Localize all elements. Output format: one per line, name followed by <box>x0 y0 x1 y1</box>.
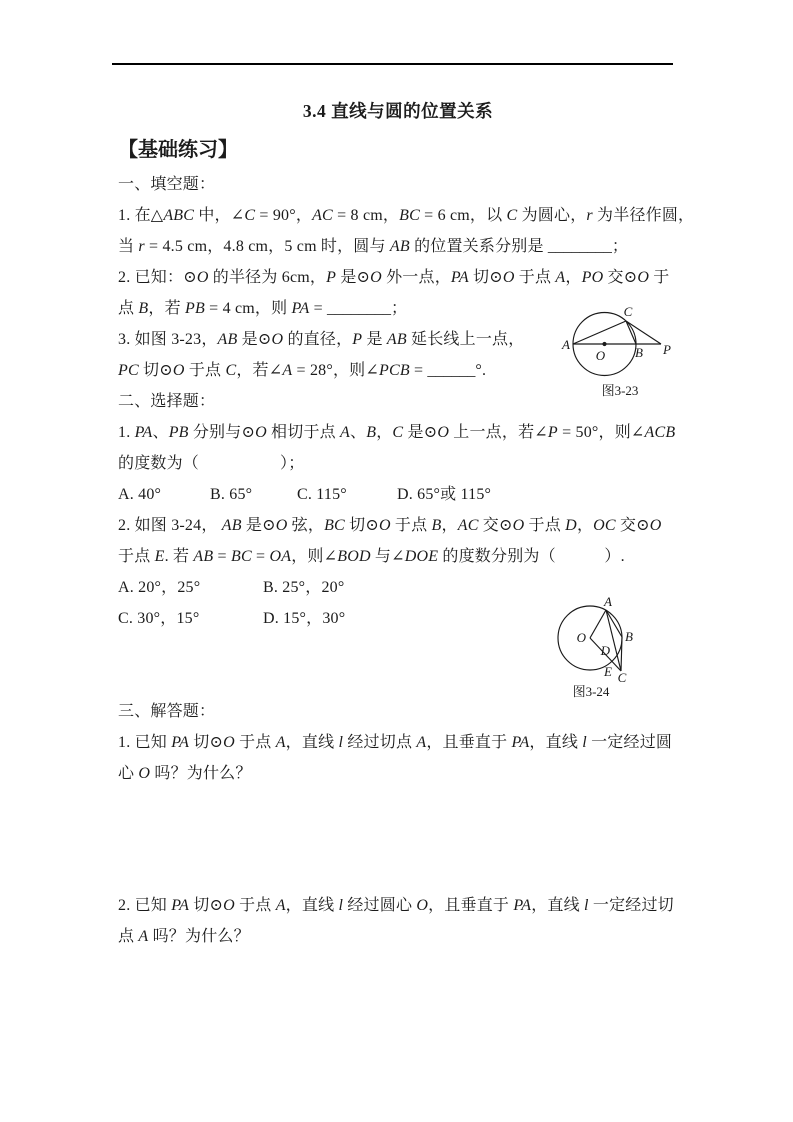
text-run: 于点 <box>185 362 226 379</box>
text-run: 是⊙ <box>237 331 271 348</box>
text-run: 与∠ <box>371 548 405 565</box>
point-label-a: A <box>561 337 570 352</box>
math-variable: AB <box>390 238 410 255</box>
text-run: = 90°， <box>255 207 312 224</box>
text-run: 点 <box>118 300 138 317</box>
blank-underline: ________ <box>548 238 612 255</box>
math-variable: OC <box>593 517 616 534</box>
math-variable: PB <box>169 424 189 441</box>
text-run: ， <box>565 269 581 286</box>
text-run: ； <box>391 300 407 317</box>
text-run: ，直线 <box>529 734 582 751</box>
text-run: = 28°，则∠ <box>292 362 379 379</box>
math-variable: O <box>370 269 382 286</box>
math-variable: O <box>223 897 235 914</box>
math-variable: PCB <box>379 362 410 379</box>
text-run: 的直径， <box>283 331 352 348</box>
math-variable: O <box>637 269 649 286</box>
math-variable: PA <box>513 897 531 914</box>
math-variable: O <box>255 424 267 441</box>
math-variable: O <box>138 765 150 782</box>
math-variable: B <box>138 300 148 317</box>
text-run: 1. <box>118 424 135 441</box>
math-variable: C <box>392 424 403 441</box>
text-run: 延长线上一点， <box>407 331 525 348</box>
math-variable: DOE <box>405 548 438 565</box>
segment-ac <box>606 610 621 671</box>
math-variable: AB <box>193 548 213 565</box>
option-a: A. 20°，25° <box>118 572 263 603</box>
math-variable: O <box>416 897 428 914</box>
text-run: 相切于点 <box>267 424 340 441</box>
text-run: = <box>213 548 231 565</box>
math-variable: OA <box>269 548 291 565</box>
figure-caption: 图3-23 <box>602 383 639 398</box>
text-run: = 8 cm， <box>333 207 399 224</box>
text-run: 2. 已知 <box>118 897 171 914</box>
math-variable: PA <box>135 424 153 441</box>
math-variable: O <box>223 734 235 751</box>
text-run: ，直线 <box>286 897 339 914</box>
text-run: 、 <box>350 424 366 441</box>
blank-underline: ________ <box>327 300 391 317</box>
math-variable: O <box>272 331 284 348</box>
text-run: ，直线 <box>286 734 339 751</box>
math-variable: BOD <box>337 548 370 565</box>
option-b: B. 65° <box>210 479 297 510</box>
text-run: ； <box>612 238 628 255</box>
math-variable: PC <box>118 362 139 379</box>
math-variable: C <box>507 207 518 224</box>
text-run: 交⊙ <box>616 517 650 534</box>
text-run: 切⊙ <box>189 734 223 751</box>
text-run: 当 <box>118 238 138 255</box>
blank-underline: ______ <box>427 362 475 379</box>
text-run: 外一点， <box>382 269 451 286</box>
math-variable: E <box>155 548 165 565</box>
point-label-b: B <box>625 629 633 644</box>
text-run: 于点 <box>235 897 276 914</box>
math-variable: A <box>555 269 565 286</box>
part1-q1-line2: 当 r = 4.5 cm，4.8 cm，5 cm 时，圆与 AB 的位置关系分别… <box>118 231 678 262</box>
point-label-b: B <box>635 345 643 360</box>
part2-q2-line2: 于点 E. 若 AB = BC = OA，则∠BOD 与∠DOE 的度数分别为（… <box>118 541 678 572</box>
math-variable: ACB <box>645 424 676 441</box>
part3-q2-line1: 2. 已知 PA 切⊙O 于点 A，直线 l 经过圆心 O，且垂直于 PA，直线… <box>118 890 678 921</box>
math-variable: O <box>197 269 209 286</box>
part1-q2-line1: 2. 已知：⊙O 的半径为 6cm，P 是⊙O 外一点，PA 切⊙O 于点 A，… <box>118 262 678 293</box>
text-run: 于 <box>649 269 669 286</box>
segment-ac <box>573 321 626 344</box>
text-run: 切⊙ <box>139 362 173 379</box>
text-run: 的位置关系分别是 <box>410 238 548 255</box>
text-run: 于点 <box>391 517 432 534</box>
tangent-bc <box>621 637 622 671</box>
page-title: 3.4 直线与圆的位置关系 <box>118 95 678 127</box>
math-variable: AC <box>458 517 479 534</box>
math-variable: AB <box>222 517 242 534</box>
text-run: ， <box>442 517 458 534</box>
text-run: 于点 <box>524 517 565 534</box>
point-label-c: C <box>624 304 633 319</box>
text-run: 2. 如图 3-24， <box>118 517 222 534</box>
point-label-e: E <box>603 664 612 679</box>
math-variable: B <box>432 517 442 534</box>
option-a: A. 40° <box>118 479 210 510</box>
point-label-o: O <box>596 348 606 363</box>
text-run: ，若∠ <box>236 362 282 379</box>
option-c: C. 115° <box>297 479 397 510</box>
math-variable: A <box>282 362 292 379</box>
math-variable: O <box>503 269 515 286</box>
math-variable: O <box>379 517 391 534</box>
text-run: 吗？为什么？ <box>150 765 251 782</box>
text-run: 一定经过切 <box>589 897 674 914</box>
figure-caption: 图3-24 <box>573 684 610 699</box>
math-variable: P <box>326 269 336 286</box>
part1-q1-line1: 1. 在△ABC 中，∠C = 90°，AC = 8 cm，BC = 6 cm，… <box>118 200 678 231</box>
text-run: 交⊙ <box>479 517 513 534</box>
point-label-c: C <box>618 670 627 685</box>
text-run: 2. 已知：⊙ <box>118 269 197 286</box>
math-variable: PB <box>185 300 205 317</box>
math-variable: PA <box>512 734 530 751</box>
math-variable: O <box>650 517 662 534</box>
text-run: = <box>252 548 270 565</box>
text-run: 1. 在△ <box>118 207 163 224</box>
math-variable: B <box>366 424 376 441</box>
text-run: 是 <box>362 331 387 348</box>
part3-q1-line1: 1. 已知 PA 切⊙O 于点 A，直线 l 经过切点 A，且垂直于 PA，直线… <box>118 727 678 758</box>
text-run: 上一点，若∠ <box>449 424 548 441</box>
text-run: 的度数分别为（ ）. <box>438 548 625 565</box>
math-variable: PA <box>451 269 469 286</box>
math-variable: BC <box>324 517 345 534</box>
option-c: C. 30°，15° <box>118 603 263 634</box>
part3-q1-line2: 心 O 吗？为什么？ <box>118 758 678 789</box>
chord-ab <box>606 610 622 637</box>
text-run: 于点 <box>515 269 556 286</box>
text-run: . 若 <box>165 548 194 565</box>
text-run: ，直线 <box>531 897 584 914</box>
text-run: 于点 <box>235 734 276 751</box>
figure-3-23: A O B P C 图3-23 <box>543 298 693 403</box>
text-run: ，且垂直于 <box>428 897 513 914</box>
text-run: 弦， <box>287 517 324 534</box>
text-run: = <box>309 300 327 317</box>
text-run: 是⊙ <box>336 269 370 286</box>
math-variable: PA <box>171 734 189 751</box>
text-run: = 4 cm，则 <box>205 300 292 317</box>
text-run: 一定经过圆 <box>587 734 672 751</box>
math-variable: BC <box>231 548 252 565</box>
text-run: 点 <box>118 928 138 945</box>
math-variable: A <box>276 734 286 751</box>
point-label-o: O <box>577 630 587 645</box>
text-run: = 6 cm，以 <box>420 207 507 224</box>
math-variable: O <box>276 517 288 534</box>
math-variable: ABC <box>163 207 194 224</box>
math-variable: O <box>513 517 525 534</box>
text-run: ，则∠ <box>291 548 337 565</box>
math-variable: O <box>173 362 185 379</box>
math-variable: PO <box>582 269 604 286</box>
math-variable: BC <box>399 207 420 224</box>
text-run: 吗？为什么？ <box>148 928 249 945</box>
text-run: = 50°，则∠ <box>558 424 645 441</box>
part1-heading: 一、填空题： <box>118 169 678 200</box>
text-run: ， <box>577 517 593 534</box>
text-run: 交⊙ <box>603 269 637 286</box>
part3-q2-line2: 点 A 吗？为什么？ <box>118 921 678 952</box>
math-variable: P <box>548 424 558 441</box>
option-d: D. 65°或 115° <box>397 479 491 510</box>
text-run: 中，∠ <box>194 207 244 224</box>
text-run: 为圆心， <box>517 207 586 224</box>
part2-q1-options: A. 40°B. 65°C. 115°D. 65°或 115° <box>118 479 678 510</box>
math-variable: AB <box>218 331 238 348</box>
math-variable: C <box>244 207 255 224</box>
section-header: 【基础练习】 <box>118 134 678 166</box>
text-run: 切⊙ <box>189 897 223 914</box>
math-variable: AB <box>387 331 407 348</box>
text-run: = 4.5 cm，4.8 cm，5 cm 时，圆与 <box>145 238 390 255</box>
radius-oa <box>590 610 606 638</box>
text-run: 是⊙ <box>403 424 437 441</box>
point-label-p: P <box>662 342 671 357</box>
text-run: 经过圆心 <box>343 897 416 914</box>
math-variable: A <box>340 424 350 441</box>
part2-q1-line1: 1. PA、PB 分别与⊙O 相切于点 A、B，C 是⊙O 上一点，若∠P = … <box>118 417 678 448</box>
math-variable: A <box>138 928 148 945</box>
text-run: ，若 <box>148 300 185 317</box>
text-run: 的半径为 6cm， <box>209 269 327 286</box>
math-variable: AC <box>312 207 333 224</box>
text-run: 切⊙ <box>469 269 503 286</box>
text-run: 心 <box>118 765 138 782</box>
text-column: 3.4 直线与圆的位置关系 【基础练习】 一、填空题： 1. 在△ABC 中，∠… <box>118 0 678 952</box>
math-variable: PA <box>171 897 189 914</box>
text-run: ， <box>376 424 392 441</box>
math-variable: D <box>565 517 577 534</box>
math-variable: A <box>276 897 286 914</box>
text-run: = <box>410 362 428 379</box>
math-variable: C <box>225 362 236 379</box>
math-variable: O <box>437 424 449 441</box>
text-run: 分别与⊙ <box>189 424 255 441</box>
point-label-d: D <box>600 643 611 658</box>
math-variable: A <box>416 734 426 751</box>
figure-3-24: A O B D E C 图3-24 <box>548 595 698 705</box>
text-run: 为半径作圆， <box>593 207 694 224</box>
text-run: 的度数为（ ）； <box>118 455 304 472</box>
option-b: B. 25°，20° <box>263 572 344 603</box>
point-label-a: A <box>603 594 612 609</box>
text-run: 1. 已知 <box>118 734 171 751</box>
text-run: 3. 如图 3-23， <box>118 331 218 348</box>
math-variable: PA <box>292 300 310 317</box>
text-run: 经过切点 <box>343 734 416 751</box>
part2-q2-line1: 2. 如图 3-24， AB 是⊙O 弦，BC 切⊙O 于点 B，AC 交⊙O … <box>118 510 678 541</box>
text-run: 切⊙ <box>345 517 379 534</box>
math-variable: P <box>352 331 362 348</box>
worksheet-page: 3.4 直线与圆的位置关系 【基础练习】 一、填空题： 1. 在△ABC 中，∠… <box>0 0 793 1122</box>
option-d: D. 15°，30° <box>263 603 345 634</box>
text-run: 是⊙ <box>242 517 276 534</box>
part2-q1-line2: 的度数为（ ）； <box>118 448 678 479</box>
text-run: ，且垂直于 <box>426 734 511 751</box>
text-run: °. <box>475 362 486 379</box>
text-run: 、 <box>153 424 169 441</box>
text-run: 于点 <box>118 548 155 565</box>
